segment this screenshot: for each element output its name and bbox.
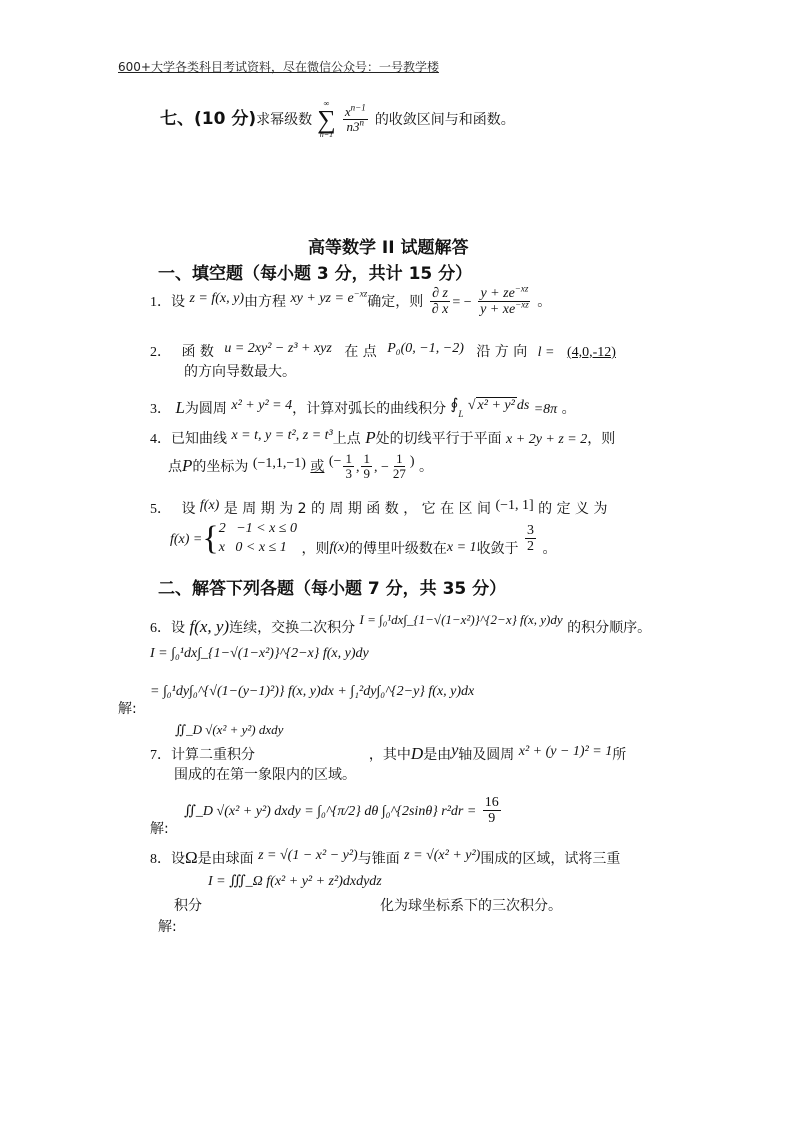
answer-1: y + ze−xzy + xe−xz	[478, 286, 531, 318]
answer-4a: (−1,1,−1)	[253, 456, 306, 471]
series-term: xn−1 n3n	[343, 105, 368, 135]
problem-7-integral: ∬_D √(x² + y²) dxdy	[175, 722, 283, 738]
page-header-note: 600+大学各类科目考试资料，尽在微信公众号：一号教学楼	[118, 58, 439, 75]
summation-symbol: ∞ ∑ n=1	[317, 100, 336, 139]
problem-6-solution-line2: = ∫₀¹dy∫₀^{√(1−(y−1)²)} f(x, y)dx + ∫₁²d…	[150, 684, 474, 700]
section-2-heading: 二、解答下列各题（每小题 7 分，共 35 分）	[158, 574, 506, 599]
fill-blank-4: 4．已知曲线 x = t, y = t², z = t³上点 P处的切线平行于平…	[150, 428, 615, 448]
page-title: 高等数学 II 试题解答	[308, 233, 469, 258]
fill-blank-5-line2: f(x) ={2 −1 < x ≤ 0x 0 < x ≤ 1 ，则f(x)的傅里…	[170, 520, 556, 558]
fill-blank-5: 5． 设 f(x) 是 周 期 为 2 的 周 期 函 数 ， 它 在 区 间 …	[150, 498, 674, 518]
problem-8-line2-label: 积分	[174, 895, 202, 915]
fill-blank-2-line2: 的方向导数最大。	[184, 361, 296, 381]
answer-5: 32	[525, 523, 536, 555]
answer-7: 169	[483, 795, 501, 827]
problem-8: 8．设Ω是由球面 z = √(1 − x² − y²)与锥面 z = √(x² …	[150, 848, 620, 868]
section-1-heading: 一、填空题（每小题 3 分，共计 15 分）	[158, 259, 472, 284]
problem-6-solution-label: 解:	[118, 698, 137, 718]
problem-7-solution: ∬_D √(x² + y²) dxdy = ∫₀^{π/2} dθ ∫₀^{2s…	[184, 795, 503, 827]
fill-blank-1: 1．设 z = f(x, y)由方程 xy + yz = e−xz确定，则 ∂ …	[150, 286, 551, 318]
fill-blank-4-line2: 点P的坐标为 (−1,1,−1) 或 (−13,19, −127) 。	[168, 452, 433, 482]
question-7-label: 七、(10 分)	[160, 109, 256, 129]
answer-2: (4,0,-12)	[567, 345, 616, 360]
fill-blank-3: 3． L为圆周 x² + y² = 4，计算对弧长的曲线积分 ∮L √x² + …	[150, 395, 576, 418]
problem-8-solution-label: 解:	[158, 916, 177, 936]
problem-7-solution-label: 解:	[150, 818, 169, 838]
problem-7: 7．计算二重积分 ，其中D是由y轴及圆周 x² + (y − 1)² = 1所	[150, 742, 626, 764]
problem-8-line2-text: 化为球坐标系下的三次积分。	[380, 895, 562, 915]
problem-8-integral: I = ∭_Ω f(x² + y² + z²)dxdydz	[208, 873, 382, 890]
answer-3: =8π	[534, 402, 557, 417]
problem-7-line2: 围成的在第一象限内的区域。	[174, 764, 356, 784]
problem-6: 6．设 f(x, y)连续，交换二次积分 I = ∫₀¹dx∫_{1−√(1−x…	[150, 612, 651, 637]
question-7: 七、(10 分)求幂级数 ∞ ∑ n=1 xn−1 n3n 的收敛区间与和函数。	[160, 100, 515, 139]
problem-6-solution-line1: I = ∫₀¹dx∫_{1−√(1−x²)}^{2−x} f(x, y)dy	[150, 646, 369, 662]
fill-blank-2: 2． 函 数 u = 2xy² − z³ + xyz 在 点 P₀(0, −1,…	[150, 341, 674, 361]
